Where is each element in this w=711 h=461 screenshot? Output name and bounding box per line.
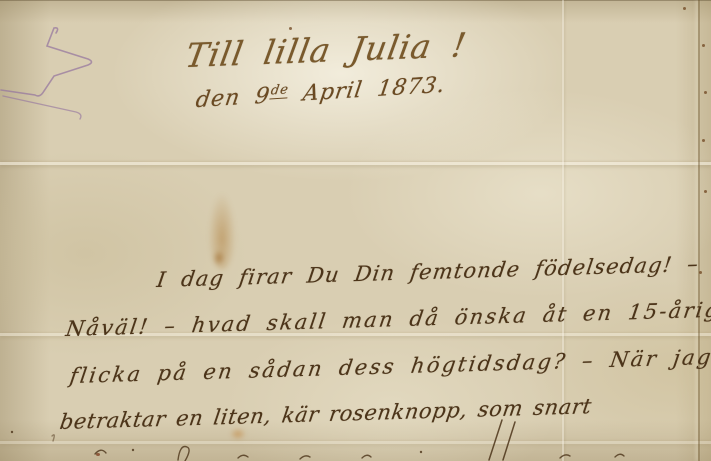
- letter-line: betraktar en liten, kär rosenknopp, som …: [58, 394, 593, 434]
- paper-crease-horizontal-1: [0, 162, 711, 165]
- paper-speck: [683, 7, 686, 10]
- paper-speck: [289, 27, 292, 30]
- pencil-scribble: [0, 0, 140, 160]
- letter-date: den 9de April 1873.: [194, 73, 447, 114]
- paper-crease-vertical-right: [698, 0, 700, 461]
- letter-title: Till lilla Julia !: [183, 25, 470, 75]
- rust-stain: [230, 428, 246, 440]
- paper-speck: [702, 139, 705, 142]
- paper-speck: [704, 91, 707, 94]
- ink-stain-drop: [213, 250, 225, 266]
- paper-speck: [702, 44, 705, 47]
- paper-crease-vertical-center: [562, 0, 564, 461]
- date-prefix: den 9: [194, 83, 272, 113]
- paper-crease-horizontal-3: [0, 441, 711, 444]
- letter-line: I dag firar Du Din femtonde födelsedag! …: [155, 252, 701, 292]
- paper-speck: [704, 190, 707, 193]
- paper-speck: [699, 271, 702, 274]
- date-suffix: April 1873.: [286, 73, 447, 108]
- paper-edge-shadow: [0, 0, 711, 1]
- paper-speck: [96, 453, 100, 456]
- manuscript-page: Till lilla Julia ! den 9de April 1873. I…: [0, 0, 711, 461]
- letter-line: flicka på en sådan dess högtidsdag? – Nä…: [68, 345, 711, 388]
